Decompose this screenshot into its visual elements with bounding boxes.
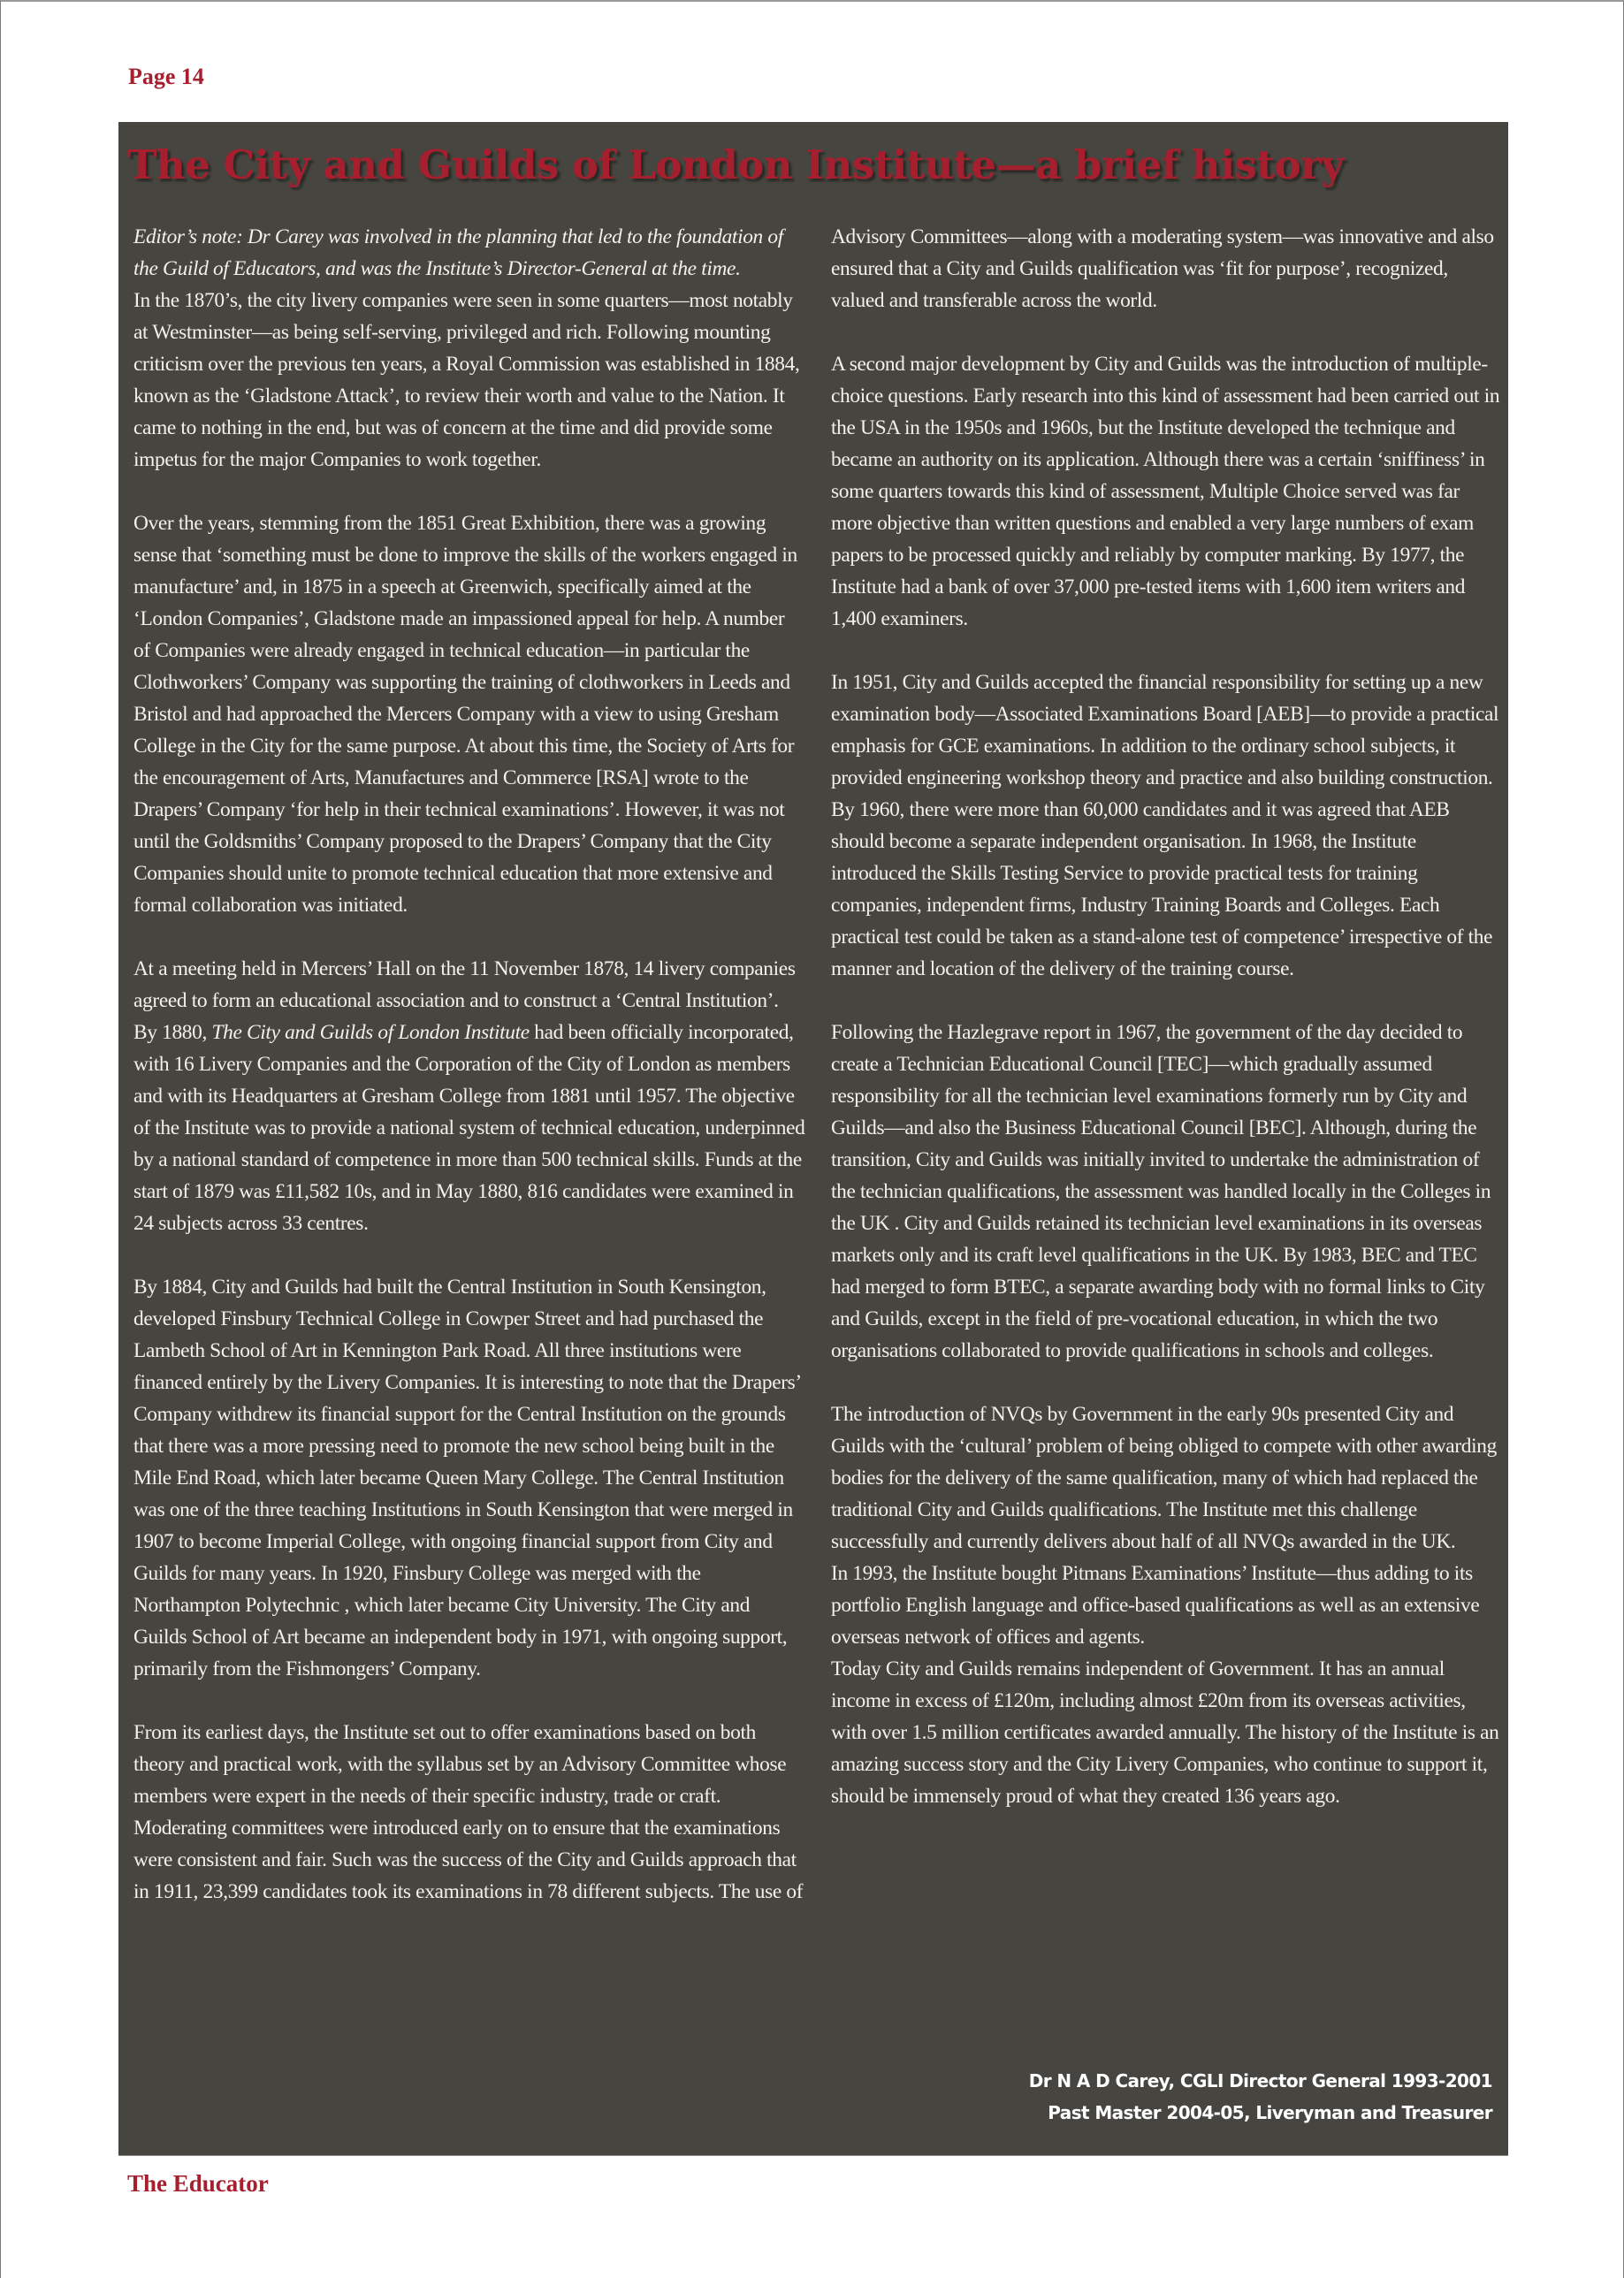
article-title: The City and Guilds of London Institute—…: [127, 141, 1344, 188]
paragraph: At a meeting held in Mercers’ Hall on th…: [133, 953, 805, 1239]
paragraph: In the 1870’s, the city livery companies…: [133, 285, 805, 476]
signature-line: Past Master 2004-05, Liveryman and Treas…: [1029, 2097, 1492, 2129]
paragraph: Following the Hazlegrave report in 1967,…: [831, 1017, 1503, 1367]
left-column: Editor’s note: Dr Carey was involved in …: [133, 221, 805, 1908]
paragraph: A second major development by City and G…: [831, 348, 1503, 635]
paragraph: The introduction of NVQs by Government i…: [831, 1398, 1503, 1558]
paragraph: Advisory Committees—along with a moderat…: [831, 221, 1503, 316]
publication-footer: The Educator: [127, 2170, 269, 2198]
paragraph: Over the years, stemming from the 1851 G…: [133, 507, 805, 921]
paragraph: By 1884, City and Guilds had built the C…: [133, 1271, 805, 1685]
editors-note: Editor’s note: Dr Carey was involved in …: [133, 221, 805, 285]
paragraph-text: had been officially incorporated, with 1…: [133, 1021, 804, 1235]
author-signature: Dr N A D Carey, CGLI Director General 19…: [1029, 2065, 1492, 2129]
paragraph: In 1951, City and Guilds accepted the fi…: [831, 667, 1503, 985]
signature-line: Dr N A D Carey, CGLI Director General 19…: [1029, 2065, 1492, 2097]
paragraph: In 1993, the Institute bought Pitmans Ex…: [831, 1558, 1503, 1653]
paragraph: From its earliest days, the Institute se…: [133, 1717, 805, 1908]
right-column: Advisory Committees—along with a moderat…: [831, 221, 1503, 1812]
article-panel: The City and Guilds of London Institute—…: [118, 122, 1508, 2155]
page: Page 14 The City and Guilds of London In…: [0, 0, 1624, 2278]
paragraph: Today City and Guilds remains independen…: [831, 1653, 1503, 1812]
institute-name-italic: The City and Guilds of London Institute: [211, 1021, 529, 1044]
page-number: Page 14: [128, 64, 204, 90]
